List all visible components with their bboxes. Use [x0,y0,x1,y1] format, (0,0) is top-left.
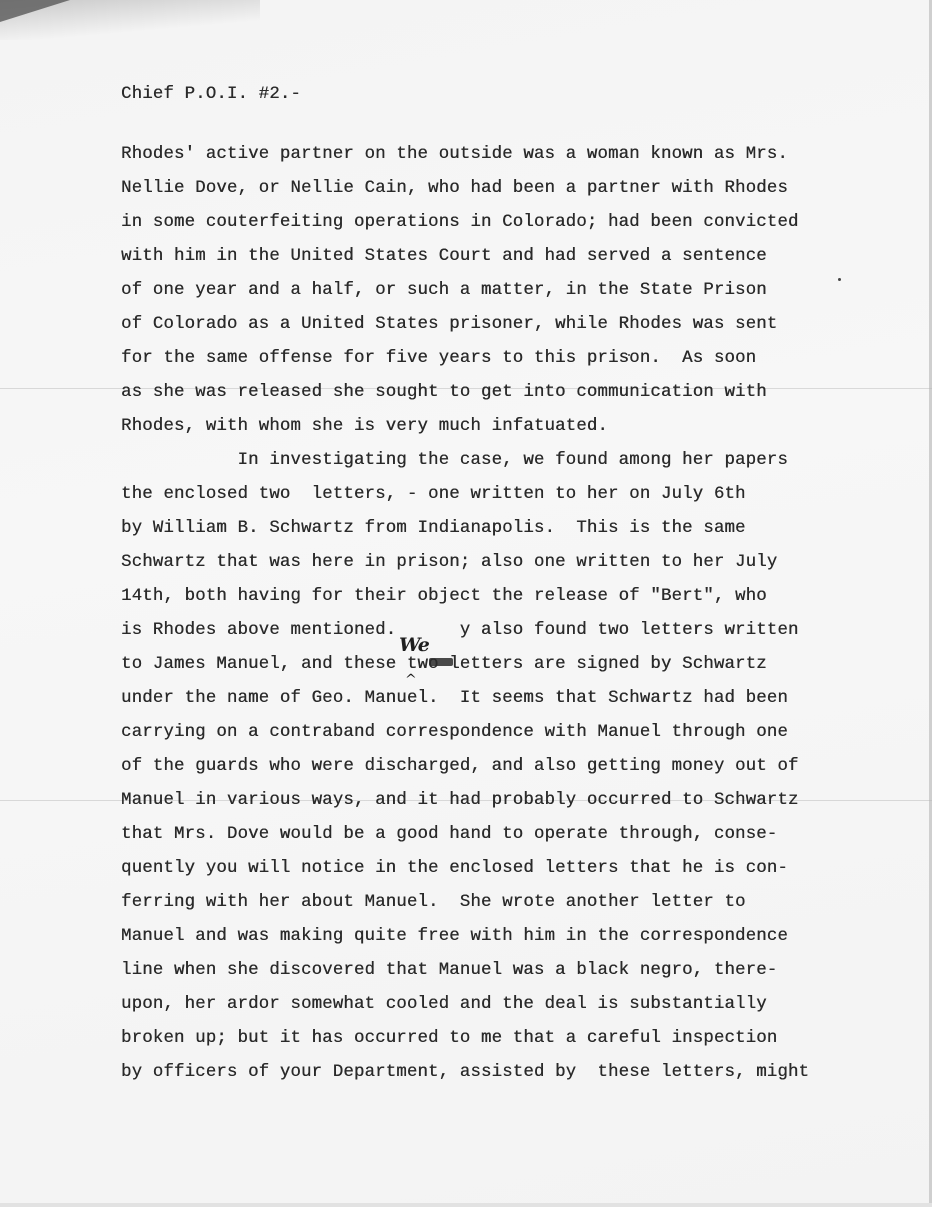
ink-speck [628,354,630,356]
text-line: by William B. Schwartz from Indianapolis… [121,519,746,539]
ink-speck [838,278,841,281]
text-line: of the guards who were discharged, and a… [121,757,799,777]
page-header: Chief P.O.I. #2.- [121,85,301,105]
text-line: in some couterfeiting operations in Colo… [121,213,799,233]
text-line: Nellie Dove, or Nellie Cain, who had bee… [121,179,788,199]
scanned-document-page: Chief P.O.I. #2.- Rhodes' active partner… [0,0,932,1207]
page-bottom-edge [0,1203,932,1207]
text-line: quently you will notice in the enclosed … [121,859,788,879]
text-line: 14th, both having for their object the r… [121,587,767,607]
insertion-caret-mark: ^ [405,672,417,688]
text-line: for the same offense for five years to t… [121,349,756,369]
folded-corner [0,0,70,22]
text-line: ferring with her about Manuel. She wrote… [121,893,746,913]
text-line: broken up; but it has occurred to me tha… [121,1029,777,1049]
text-line: is Rhodes above mentioned. y also found … [121,621,799,641]
text-line: Rhodes, with whom she is very much infat… [121,417,608,437]
text-line: line when she discovered that Manuel was… [121,961,777,981]
text-line: of Colorado as a United States prisoner,… [121,315,777,335]
struck-out-word [429,658,453,666]
text-line: Rhodes' active partner on the outside wa… [121,145,788,165]
text-line: Schwartz that was here in prison; also o… [121,553,777,573]
text-line: upon, her ardor somewhat cooled and the … [121,995,767,1015]
text-line: with him in the United States Court and … [121,247,767,267]
text-line: that Mrs. Dove would be a good hand to o… [121,825,777,845]
text-line: of one year and a half, or such a matter… [121,281,767,301]
handwritten-insertion: We [399,634,429,656]
text-line: In investigating the case, we found amon… [121,451,788,471]
text-line: by officers of your Department, assisted… [121,1063,809,1083]
text-line: Manuel and was making quite free with hi… [121,927,788,947]
text-line: Manuel in various ways, and it had proba… [121,791,799,811]
text-line: carrying on a contraband correspondence … [121,723,788,743]
text-line: under the name of Geo. Manuel. It seems … [121,689,788,709]
text-line: the enclosed two letters, - one written … [121,485,746,505]
text-line: as she was released she sought to get in… [121,383,767,403]
